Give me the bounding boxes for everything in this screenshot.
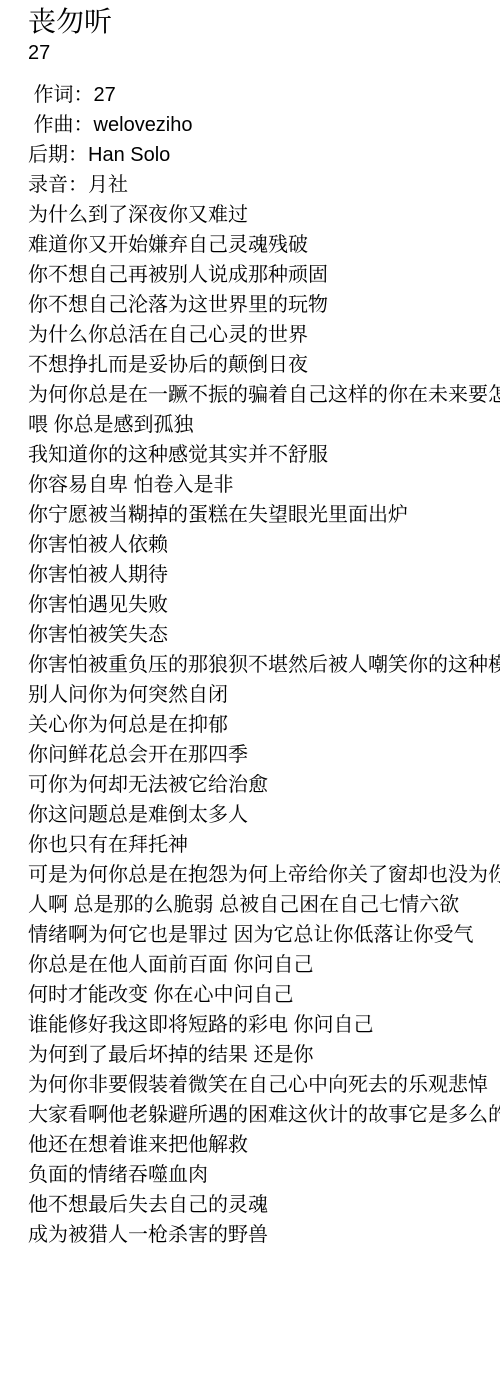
lyric-line: 成为被猎人一枪杀害的野兽 bbox=[28, 1220, 500, 1250]
lyric-line: 为什么你总活在自己心灵的世界 bbox=[28, 320, 500, 350]
lyric-line: 为何到了最后坏掉的结果 还是你 bbox=[28, 1040, 500, 1070]
credit-line: 后期：Han Solo bbox=[28, 140, 500, 170]
lyric-line: 关心你为何总是在抑郁 bbox=[28, 710, 500, 740]
lyric-line: 你害怕遇见失败 bbox=[28, 590, 500, 620]
lyric-line: 何时才能改变 你在心中问自己 bbox=[28, 980, 500, 1010]
lyric-line: 你不想自己再被别人说成那种顽固 bbox=[28, 260, 500, 290]
credit-line: 作词：27 bbox=[28, 80, 500, 110]
artist-name: 27 bbox=[28, 40, 500, 66]
credits-block: 作词：27 作曲：weloveziho 后期：Han Solo 录音：月社 bbox=[28, 80, 500, 200]
lyric-line: 为什么到了深夜你又难过 bbox=[28, 200, 500, 230]
lyric-line: 你容易自卑 怕卷入是非 bbox=[28, 470, 500, 500]
lyric-line: 我知道你的这种感觉其实并不舒服 bbox=[28, 440, 500, 470]
lyric-line: 你害怕被人依赖 bbox=[28, 530, 500, 560]
lyric-line: 为何你非要假装着微笑在自己心中向死去的乐观悲悼 bbox=[28, 1070, 500, 1100]
lyrics-page: 丧勿听 27 作词：27 作曲：weloveziho 后期：Han Solo 录… bbox=[0, 0, 500, 1390]
lyric-line: 你不想自己沦落为这世界里的玩物 bbox=[28, 290, 500, 320]
lyric-line: 你害怕被人期待 bbox=[28, 560, 500, 590]
lyric-line: 你宁愿被当糊掉的蛋糕在失望眼光里面出炉 bbox=[28, 500, 500, 530]
lyric-line: 难道你又开始嫌弃自己灵魂残破 bbox=[28, 230, 500, 260]
lyric-line: 你这问题总是难倒太多人 bbox=[28, 800, 500, 830]
lyric-line: 谁能修好我这即将短路的彩电 你问自己 bbox=[28, 1010, 500, 1040]
lyric-line: 不想挣扎而是妥协后的颠倒日夜 bbox=[28, 350, 500, 380]
lyric-line: 人啊 总是那的么脆弱 总被自己困在自己七情六欲 bbox=[28, 890, 500, 920]
lyric-line: 你问鲜花总会开在那四季 bbox=[28, 740, 500, 770]
lyric-line: 喂 你总是感到孤独 bbox=[28, 410, 500, 440]
lyric-line: 情绪啊为何它也是罪过 因为它总让你低落让你受气 bbox=[28, 920, 500, 950]
lyric-line: 大家看啊他老躲避所遇的困难这伙计的故事它是多么的 bbox=[28, 1100, 500, 1130]
lyric-line: 别人问你为何突然自闭 bbox=[28, 680, 500, 710]
lyric-line: 可你为何却无法被它给治愈 bbox=[28, 770, 500, 800]
credit-line: 录音：月社 bbox=[28, 170, 500, 200]
lyric-line: 你害怕被重负压的那狼狈不堪然后被人嘲笑你的这种模 bbox=[28, 650, 500, 680]
lyric-line: 你也只有在拜托神 bbox=[28, 830, 500, 860]
lyric-line: 他还在想着谁来把他解救 bbox=[28, 1130, 500, 1160]
lyric-line: 你总是在他人面前百面 你问自己 bbox=[28, 950, 500, 980]
credit-line: 作曲：weloveziho bbox=[28, 110, 500, 140]
lyric-line: 为何你总是在一蹶不振的骗着自己这样的你在未来要怎 bbox=[28, 380, 500, 410]
song-title: 丧勿听 bbox=[28, 4, 500, 40]
lyric-line: 负面的情绪吞噬血肉 bbox=[28, 1160, 500, 1190]
lyrics-block: 为什么到了深夜你又难过 难道你又开始嫌弃自己灵魂残破 你不想自己再被别人说成那种… bbox=[28, 200, 500, 1250]
lyric-line: 你害怕被笑失态 bbox=[28, 620, 500, 650]
lyric-line: 可是为何你总是在抱怨为何上帝给你关了窗却也没为你 bbox=[28, 860, 500, 890]
lyric-line: 他不想最后失去自己的灵魂 bbox=[28, 1190, 500, 1220]
